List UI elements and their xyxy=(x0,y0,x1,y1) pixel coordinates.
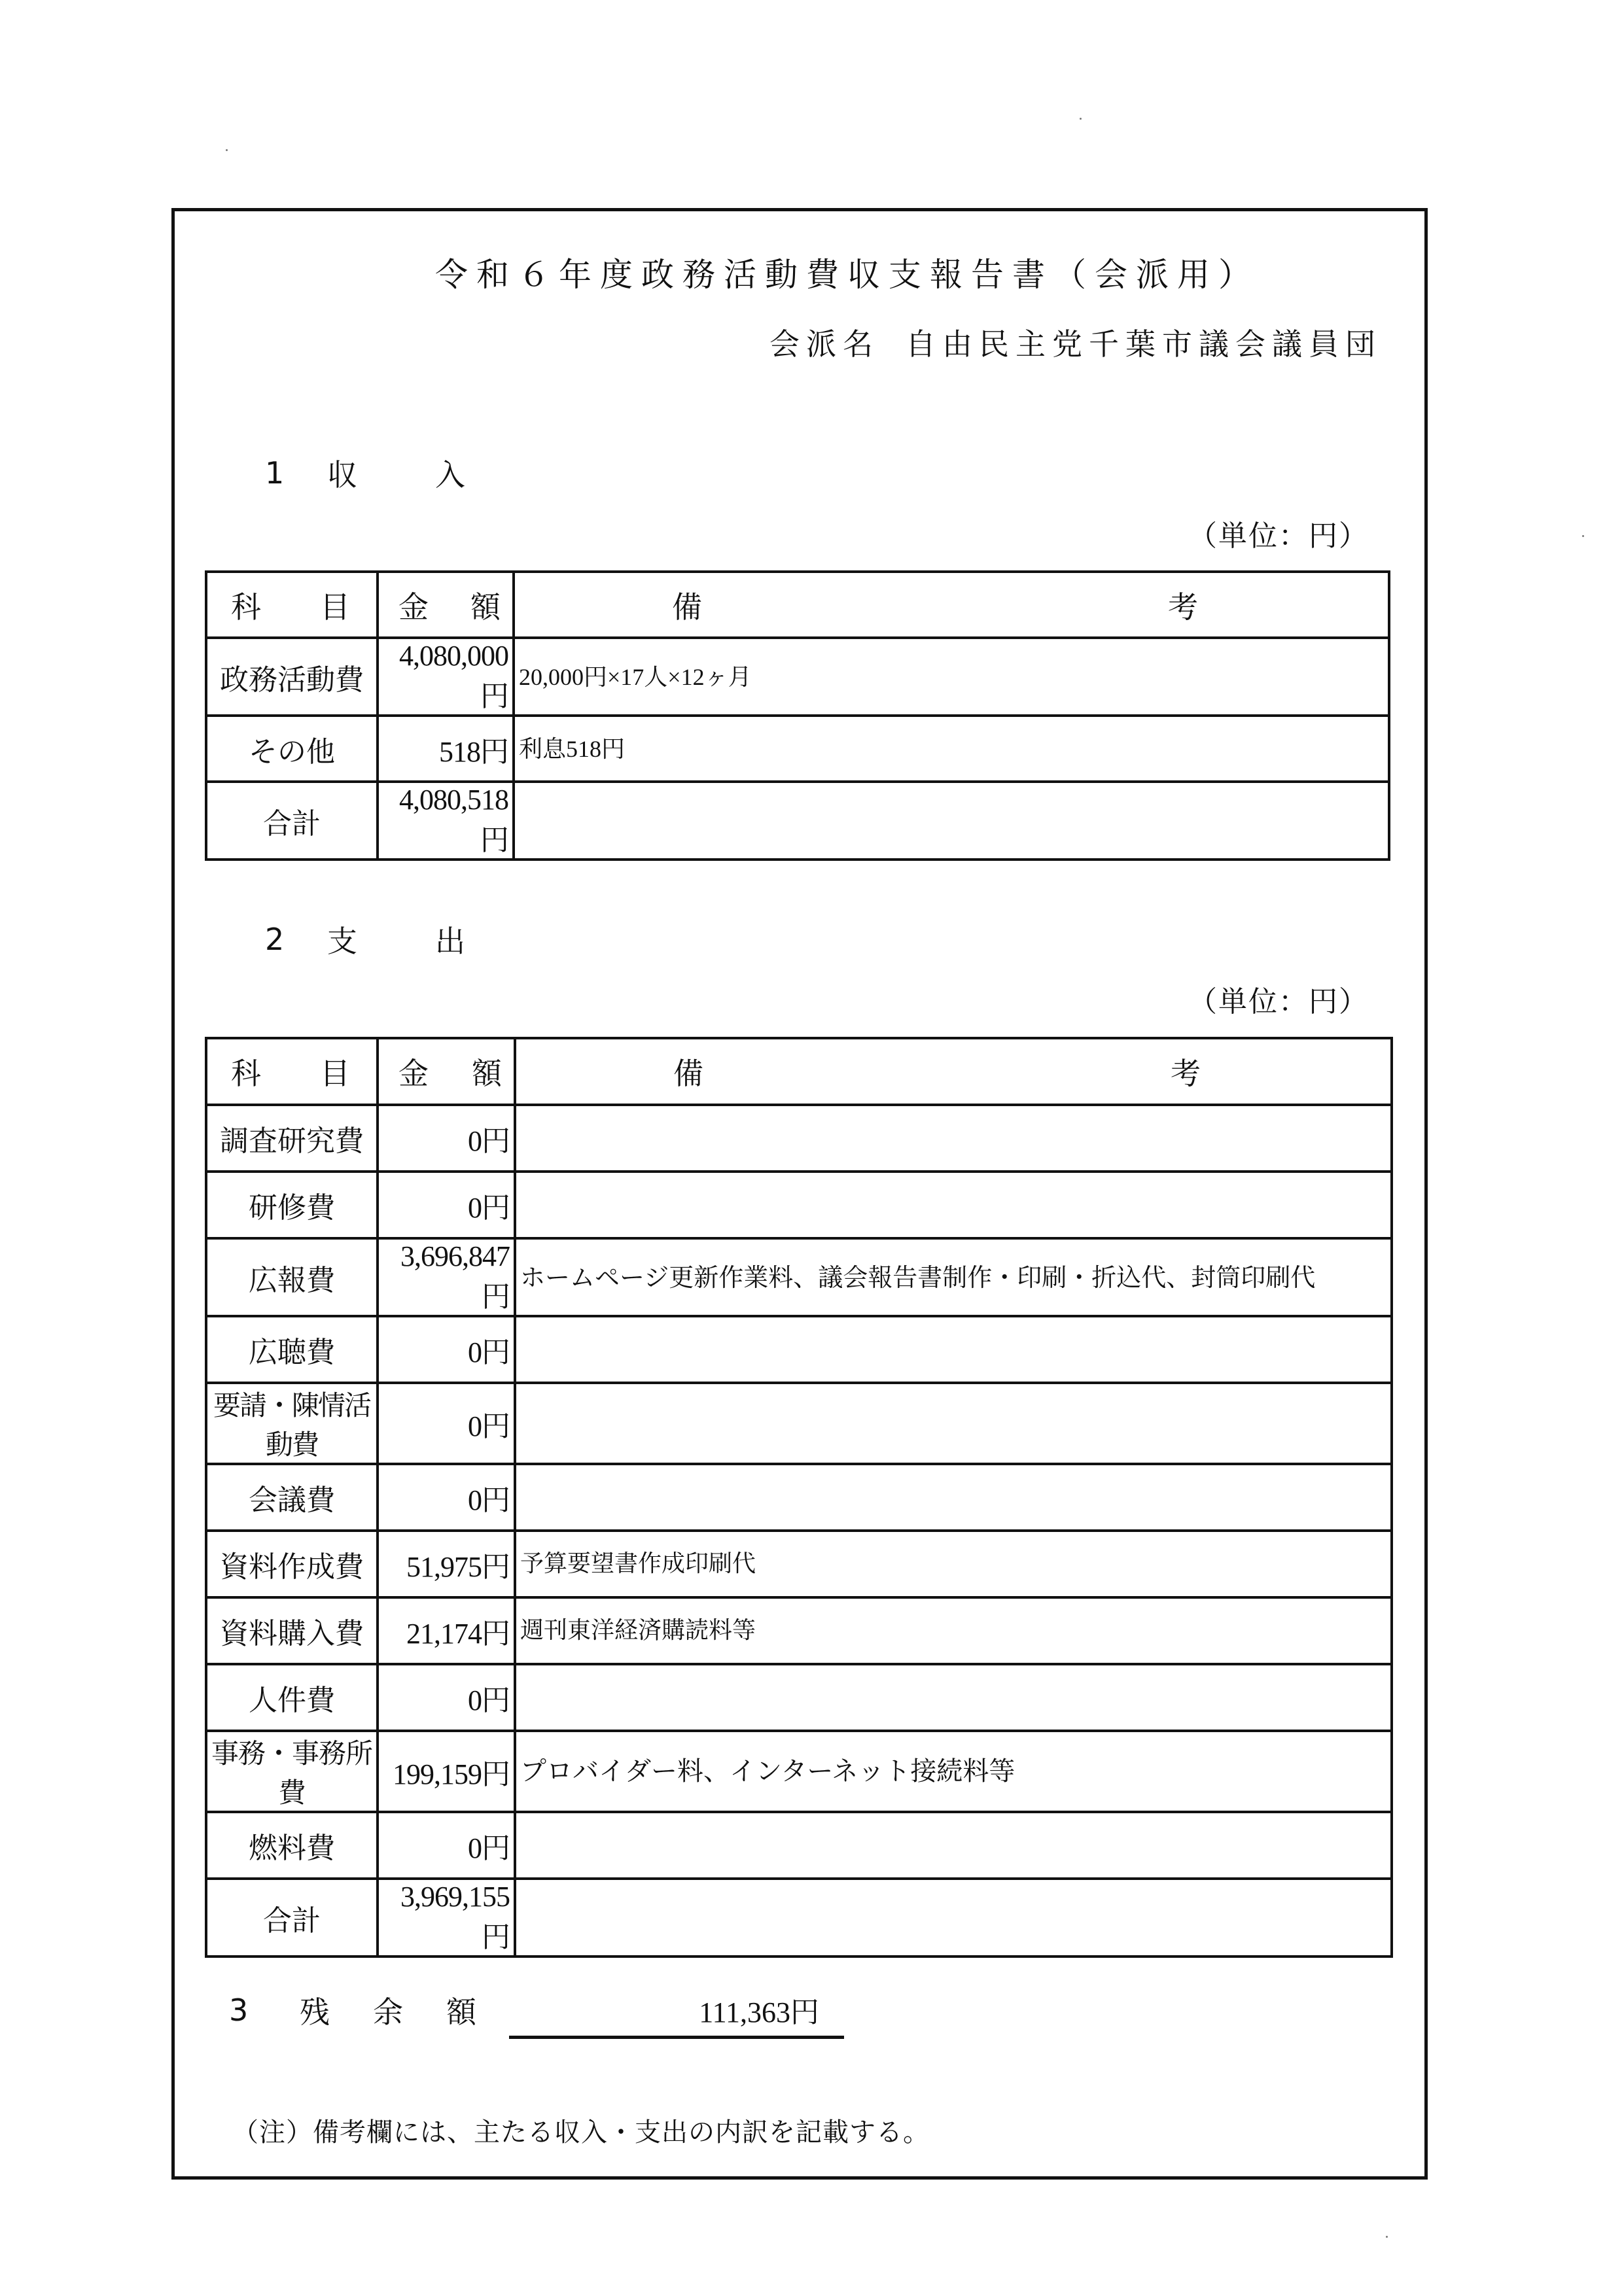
income-table: 科目 金額 備考 政務活動費 4,080,000円 20,000円×17人×12… xyxy=(205,570,1390,861)
expenditure-total-row: 合計 3,969,155円 xyxy=(206,1879,1392,1957)
expenditure-row: 調査研究費 0円 xyxy=(206,1105,1392,1172)
income-header-amount: 金額 xyxy=(378,572,514,638)
expenditure-row: 広報費 3,696,847円 ホームページ更新作業料、議会報告書制作・印刷・折込… xyxy=(206,1238,1392,1316)
income-section-char-1: 収 xyxy=(327,451,435,495)
income-section-number: 1 xyxy=(265,455,327,491)
expenditure-note xyxy=(515,1464,1392,1531)
expenditure-note xyxy=(515,1316,1392,1383)
expenditure-row: 研修費 0円 xyxy=(206,1172,1392,1238)
expenditure-amount: 199,159円 xyxy=(378,1731,515,1812)
expenditure-subject: 広聴費 xyxy=(206,1316,378,1383)
expenditure-subject: 人件費 xyxy=(206,1664,378,1731)
expenditure-amount: 3,696,847円 xyxy=(378,1238,515,1316)
expenditure-note xyxy=(515,1105,1392,1172)
expenditure-amount: 0円 xyxy=(378,1172,515,1238)
expenditure-row: 会議費 0円 xyxy=(206,1464,1392,1531)
expenditure-note xyxy=(515,1383,1392,1464)
scan-speck xyxy=(1080,118,1082,120)
expenditure-subject: 資料作成費 xyxy=(206,1531,378,1597)
expenditure-subject: 要請・陳情活動費 xyxy=(206,1383,378,1464)
expenditure-table: 科目 金額 備考 調査研究費 0円 研修費 0円 広報費 3,696,847円 … xyxy=(205,1037,1393,1958)
balance-section-char-3: 額 xyxy=(446,1989,476,2032)
income-row: その他 518円 利息518円 xyxy=(206,716,1389,782)
expenditure-amount: 0円 xyxy=(378,1664,515,1731)
balance-section-char-1: 残 xyxy=(300,1989,373,2032)
faction-name: 自由民主党千葉市議会議員団 xyxy=(906,326,1382,362)
income-note: 20,000円×17人×12ヶ月 xyxy=(514,638,1389,716)
income-note: 利息518円 xyxy=(514,716,1389,782)
expenditure-amount: 0円 xyxy=(378,1383,515,1464)
balance-section-heading: 3 残 余 額 xyxy=(229,1989,476,2032)
faction-line: 会派名自由民主党千葉市議会議員団 xyxy=(769,321,1382,364)
expenditure-note: 予算要望書作成印刷代 xyxy=(515,1531,1392,1597)
expenditure-total-label: 合計 xyxy=(206,1879,378,1957)
income-total-row: 合計 4,080,518円 xyxy=(206,782,1389,860)
expenditure-amount: 0円 xyxy=(378,1464,515,1531)
expenditure-row: 広聴費 0円 xyxy=(206,1316,1392,1383)
expenditure-amount: 21,174円 xyxy=(378,1597,515,1664)
income-header-row: 科目 金額 備考 xyxy=(206,572,1389,638)
faction-label: 会派名 xyxy=(769,326,879,362)
income-amount: 518円 xyxy=(378,716,514,782)
expenditure-subject: 燃料費 xyxy=(206,1812,378,1879)
income-subject: その他 xyxy=(206,716,378,782)
balance-amount: 111,363円 xyxy=(484,1989,819,2030)
income-header-subject: 科目 xyxy=(206,572,378,638)
income-row: 政務活動費 4,080,000円 20,000円×17人×12ヶ月 xyxy=(206,638,1389,716)
income-section-heading: 1 収 入 xyxy=(265,451,465,495)
expenditure-section-char-1: 支 xyxy=(327,918,435,961)
expenditure-header-subject: 科目 xyxy=(206,1038,378,1105)
scan-speck xyxy=(1582,535,1584,537)
balance-underline xyxy=(509,2036,844,2039)
scan-speck xyxy=(226,149,228,151)
expenditure-total-note xyxy=(515,1879,1392,1957)
expenditure-section-char-2: 出 xyxy=(435,918,465,961)
balance-section-char-2: 余 xyxy=(373,1989,446,2032)
expenditure-row: 資料購入費 21,174円 週刊東洋経済購読料等 xyxy=(206,1597,1392,1664)
expenditure-amount: 0円 xyxy=(378,1105,515,1172)
expenditure-subject: 事務・事務所費 xyxy=(206,1731,378,1812)
expenditure-note: 週刊東洋経済購読料等 xyxy=(515,1597,1392,1664)
expenditure-note: プロバイダー料、インターネット接続料等 xyxy=(515,1731,1392,1812)
expenditure-amount: 0円 xyxy=(378,1316,515,1383)
footnote: （注）備考欄には、主たる収入・支出の内訳を記載する。 xyxy=(232,2112,930,2149)
expenditure-note: ホームページ更新作業料、議会報告書制作・印刷・折込代、封筒印刷代 xyxy=(515,1238,1392,1316)
expenditure-note xyxy=(515,1664,1392,1731)
expenditure-section-number: 2 xyxy=(265,922,327,957)
expenditure-section-heading: 2 支 出 xyxy=(265,918,465,961)
income-unit-label: （単位：円） xyxy=(1188,512,1369,554)
expenditure-note xyxy=(515,1812,1392,1879)
income-total-label: 合計 xyxy=(206,782,378,860)
expenditure-amount: 51,975円 xyxy=(378,1531,515,1597)
expenditure-amount: 0円 xyxy=(378,1812,515,1879)
expenditure-subject: 研修費 xyxy=(206,1172,378,1238)
expenditure-row: 燃料費 0円 xyxy=(206,1812,1392,1879)
income-header-note: 備考 xyxy=(514,572,1389,638)
document-title: 令和６年度政務活動費収支報告書（会派用） xyxy=(435,249,1260,296)
expenditure-header-amount: 金額 xyxy=(378,1038,515,1105)
expenditure-subject: 調査研究費 xyxy=(206,1105,378,1172)
income-total-amount: 4,080,518円 xyxy=(378,782,514,860)
income-subject: 政務活動費 xyxy=(206,638,378,716)
income-total-note xyxy=(514,782,1389,860)
income-amount: 4,080,000円 xyxy=(378,638,514,716)
expenditure-note xyxy=(515,1172,1392,1238)
expenditure-row: 人件費 0円 xyxy=(206,1664,1392,1731)
expenditure-header-note: 備考 xyxy=(515,1038,1392,1105)
scan-speck xyxy=(1386,2236,1388,2238)
expenditure-subject: 会議費 xyxy=(206,1464,378,1531)
expenditure-unit-label: （単位：円） xyxy=(1188,978,1369,1020)
expenditure-total-amount: 3,969,155円 xyxy=(378,1879,515,1957)
expenditure-subject: 資料購入費 xyxy=(206,1597,378,1664)
income-section-char-2: 入 xyxy=(435,451,465,495)
expenditure-row: 資料作成費 51,975円 予算要望書作成印刷代 xyxy=(206,1531,1392,1597)
expenditure-subject: 広報費 xyxy=(206,1238,378,1316)
expenditure-header-row: 科目 金額 備考 xyxy=(206,1038,1392,1105)
balance-section-number: 3 xyxy=(229,1992,300,2028)
expenditure-row: 要請・陳情活動費 0円 xyxy=(206,1383,1392,1464)
expenditure-row: 事務・事務所費 199,159円 プロバイダー料、インターネット接続料等 xyxy=(206,1731,1392,1812)
